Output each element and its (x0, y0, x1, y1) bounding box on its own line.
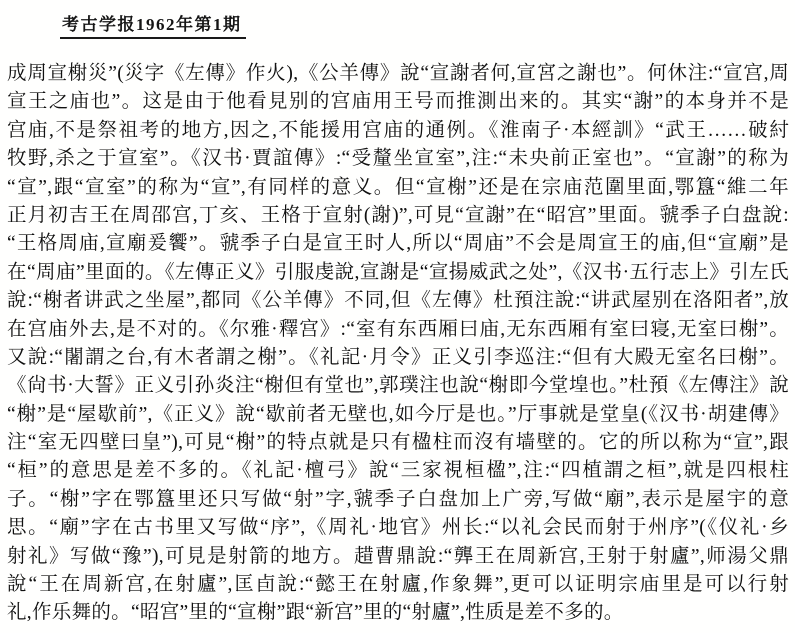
text-line: 在“周庙”里面的。《左傳正义》引服虔說,宣謝是“宣揚威武之处”,《汉书·五行志上… (7, 259, 789, 287)
text-line: “桓”的意思是差不多的。《礼記·檀弓》說“三家視桓楹”,注:“四植謂之桓”,就是… (7, 457, 789, 485)
text-line: 思。“廟”字在古书里又写做“序”,《周礼·地官》州长:“以礼会民而射于州序”(《… (7, 514, 789, 542)
text-line: “宣”,跟“宣室”的称为“宣”,有同样的意义。但“宣榭”还是在宗庙范圍里面,鄂簋… (7, 174, 789, 202)
scanned-page: 考古学报1962年第1期 成周宣榭災”(災字《左傳》作火),《公羊傳》說“宣謝者… (0, 0, 795, 633)
page-header-row: 考古学报1962年第1期 (60, 10, 789, 36)
text-line: 又說:“闍謂之台,有木者謂之榭”。《礼記·月令》正义引李巡注:“但有大殿无室名曰… (7, 344, 789, 372)
text-line: 子。“榭”字在鄂簋里还只写做“射”字,虢季子白盘加上广旁,写做“廟”,表示是屋宇… (7, 486, 789, 514)
text-line: 《尙书·大誓》正义引孙炎注“榭但有堂也”,郭璞注也說“榭即今堂堭也。”杜預《左傳… (7, 372, 789, 400)
text-line: “王格周庙,宣廟爰饗”。虢季子白是宣王时人,所以“周庙”不会是周宣王的庙,但“宣… (7, 230, 789, 258)
text-line: 射礼》写做“豫”),可見是射箭的地方。趞曹鼎說:“龏王在周新宫,王射于射廬”,师… (7, 543, 789, 571)
journal-header: 考古学报1962年第1期 (60, 10, 246, 39)
text-line: 注“室无四壁曰皇”),可見“榭”的特点就是只有楹柱而沒有墙壁的。它的所以称为“宣… (7, 429, 789, 457)
text-line: 說:“榭者讲武之坐屋”,都同《公羊傳》不同,但《左傳》杜預注說:“讲武屋别在洛阳… (7, 287, 789, 315)
text-line: “榭”是“屋歇前”,《正义》說“歇前者无壁也,如今厅是也。”厅事就是堂皇(《汉书… (7, 401, 789, 429)
text-line: 正月初吉王在周邵宫,丁亥、王格于宣射(謝)”,可見“宣謝”在“昭宫”里面。虢季子… (7, 202, 789, 230)
text-line: 成周宣榭災”(災字《左傳》作火),《公羊傳》說“宣謝者何,宣宮之謝也”。何休注:… (7, 60, 789, 88)
text-line: 牧野,杀之于宣室”。《汉书·賈誼傳》:“受釐坐宣室”,注:“未央前正室也”。“宣… (7, 145, 789, 173)
body-text: 成周宣榭災”(災字《左傳》作火),《公羊傳》說“宣謝者何,宣宮之謝也”。何休注:… (7, 60, 789, 628)
text-line: 礼,作乐舞的。“昭宫”里的“宣榭”跟“新宫”里的“射廬”,性质是差不多的。 (7, 599, 789, 627)
text-line: 宫庙,不是祭祖考的地方,因之,不能援用宫庙的通例。《淮南子·本經訓》“武王……破… (7, 117, 789, 145)
text-line: 說“王在周新宫,在射廬”,匡卣說:“懿王在射廬,作象舞”,更可以证明宗庙里是可以… (7, 571, 789, 599)
text-line: 在宫庙外去,是不对的。《尔雅·釋宫》:“室有东西厢曰庙,无东西厢有室曰寝,无室曰… (7, 316, 789, 344)
text-line: 宣王之庙也”。这是由于他看見别的宫庙用王号而推測出来的。其实“謝”的本身并不是 (7, 88, 789, 116)
